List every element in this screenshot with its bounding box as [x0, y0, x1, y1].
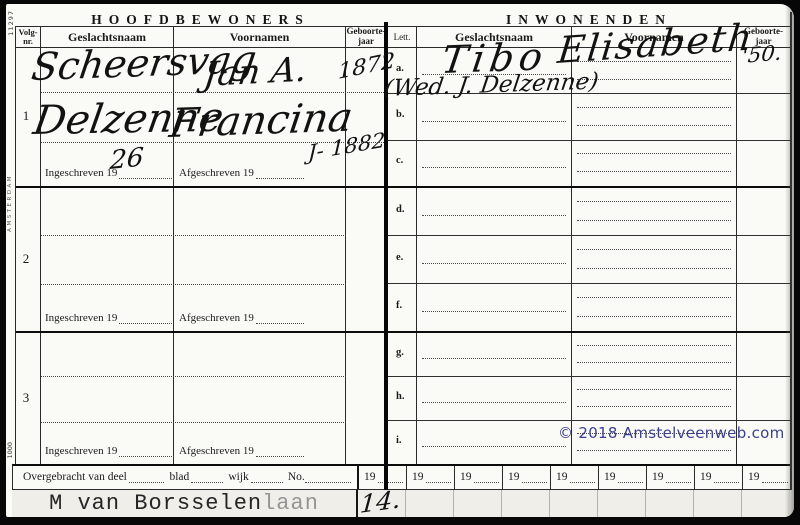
write-line: [422, 121, 566, 122]
registered-text: Ingeschreven 19: [45, 312, 117, 324]
row-number: 2: [16, 251, 36, 267]
form-number-mark: 11297: [7, 10, 15, 36]
surname-cell: [417, 236, 572, 283]
handwriting-house-number: 14.: [359, 487, 401, 517]
dotted-leader: [666, 480, 692, 483]
street-grid-cell: [454, 490, 502, 517]
dotted-leader: [119, 454, 174, 457]
write-line: [422, 402, 566, 403]
dotted-leader: [119, 321, 174, 324]
row-group: d. e. f.: [388, 186, 790, 331]
write-line: [577, 389, 731, 390]
year-prefix: 19: [748, 471, 760, 483]
dotted-leader: [256, 321, 304, 324]
street-grid-cell: [598, 490, 646, 517]
row-letter: h.: [396, 391, 404, 402]
table-row-f: f.: [388, 283, 790, 331]
year-prefix: 19: [700, 471, 712, 483]
lett-header: Lett.: [388, 27, 417, 47]
row-letter: c.: [396, 155, 403, 166]
registered-text: Ingeschreven 19: [45, 445, 117, 457]
dotted-leader: [618, 480, 644, 483]
table-row: 2 Ingeschreven 19 Afgeschreven 19: [16, 186, 386, 331]
street-name-plate: M van Borsselenlaan: [12, 490, 358, 517]
dotted-leader: [191, 480, 223, 483]
table-row-h: h.: [388, 376, 790, 420]
write-line: [41, 284, 346, 285]
handwriting-inwonende-birthyear: '50.: [741, 43, 782, 67]
surname-cell: [417, 333, 572, 376]
surname-cell: [417, 421, 572, 464]
row-number: 3: [16, 390, 36, 406]
write-line: [577, 316, 731, 317]
dotted-leader: [378, 480, 404, 483]
letter-cell: i.: [388, 421, 417, 464]
write-line: [422, 167, 566, 168]
birthyear-cell: [737, 141, 790, 186]
year-cell: 19: [743, 466, 791, 489]
surname-cell: [417, 377, 572, 420]
dotted-leader: [714, 480, 740, 483]
write-line: [577, 201, 731, 202]
year-prefix: 19: [508, 471, 520, 483]
table-row-e: e.: [388, 235, 790, 283]
street-grid-cell: [742, 490, 790, 517]
year-prefix: 19: [364, 471, 376, 483]
firstnames-cell: [572, 333, 737, 376]
firstnames-cell: [572, 284, 737, 331]
surname-cell: [417, 141, 572, 186]
street-grid-cell: [694, 490, 742, 517]
surname-cell: [417, 94, 572, 139]
registered-label: Ingeschreven 19: [45, 312, 174, 324]
table-row-c: c.: [388, 140, 790, 186]
write-line: [422, 446, 566, 447]
birthyear-cell: [737, 188, 790, 235]
firstnames-cell: [572, 236, 737, 283]
birthyear-cell: [737, 94, 790, 139]
dotted-leader: [474, 480, 500, 483]
write-line: [577, 406, 731, 407]
write-line: [577, 450, 731, 451]
year-cell: 19: [455, 466, 503, 489]
write-line: [422, 263, 566, 264]
write-line: [577, 297, 731, 298]
write-line: [577, 153, 731, 154]
surname-cell: [41, 188, 174, 331]
birthyear-cell: [346, 333, 386, 464]
year-prefix: 19: [412, 471, 424, 483]
letter-cell: g.: [388, 333, 417, 376]
table-row-g: g.: [388, 333, 790, 376]
row-letter: i.: [396, 435, 402, 446]
birthyear-header-line2: jaar: [358, 37, 374, 47]
row-letter: a.: [396, 63, 404, 74]
row-letter: b.: [396, 109, 404, 120]
letter-cell: h.: [388, 377, 417, 420]
street-grid-cell: [406, 490, 454, 517]
birthyear-cell: [737, 377, 790, 420]
year-cell: 19: [695, 466, 743, 489]
write-line: [41, 376, 346, 377]
scan-edge-shadow: [785, 4, 794, 517]
dotted-leader: [129, 480, 165, 483]
year-cell: 19: [551, 466, 599, 489]
firstnames-cell: [572, 141, 737, 186]
year-cell: 19: [503, 466, 551, 489]
year-prefix: 19: [460, 471, 472, 483]
write-line: [577, 107, 731, 108]
year-prefix: 19: [652, 471, 664, 483]
year-prefix: 19: [556, 471, 568, 483]
row-letter: f.: [396, 300, 402, 311]
write-line: [577, 249, 731, 250]
firstnames-cell: [174, 188, 346, 331]
handwriting-firstnames-1: Jan A.: [202, 53, 309, 92]
dotted-leader: [570, 480, 596, 483]
write-line: [422, 358, 566, 359]
dotted-leader: [256, 454, 304, 457]
volgnr-cell: 3: [16, 333, 41, 464]
scanned-register-page: 11297 AMSTERDAM 1000 HOOFDBEWONERS INWON…: [0, 0, 800, 525]
birthyear-cell: [737, 284, 790, 331]
year-cell: 19: [599, 466, 647, 489]
dotted-leader: [522, 480, 548, 483]
row-letter: e.: [396, 252, 403, 263]
letter-cell: e.: [388, 236, 417, 283]
write-line: [577, 171, 731, 172]
write-line: [422, 311, 566, 312]
dotted-leader: [305, 480, 351, 483]
row-letter: g.: [396, 347, 404, 358]
year-prefix: 19: [604, 471, 616, 483]
table-row-d: d.: [388, 188, 790, 235]
write-line: [577, 79, 731, 80]
table-row: 3 Ingeschreven 19 Afgeschreven 19: [16, 331, 386, 464]
row-group: g. h. i.: [388, 331, 790, 464]
deregistered-text: Afgeschreven 19: [179, 167, 254, 179]
dotted-leader: [426, 480, 452, 483]
transfer-label-no: No.: [288, 471, 305, 483]
write-line: [577, 125, 731, 126]
write-line: [577, 220, 731, 221]
paper-sheet: 11297 AMSTERDAM 1000 HOOFDBEWONERS INWON…: [6, 4, 794, 517]
deregistered-label: Afgeschreven 19: [179, 312, 304, 324]
registered-text: Ingeschreven 19: [45, 167, 117, 179]
street-suffix: laan: [262, 491, 319, 516]
street-grid-cell: [646, 490, 694, 517]
write-line: [577, 268, 731, 269]
street-name: M van Borsselen: [49, 491, 262, 516]
registered-label: Ingeschreven 19: [45, 445, 174, 457]
surname-cell: [417, 284, 572, 331]
letter-cell: f.: [388, 284, 417, 331]
deregistered-label: Afgeschreven 19: [179, 167, 304, 179]
deregistered-text: Afgeschreven 19: [179, 445, 254, 457]
year-cell: 19: [407, 466, 455, 489]
firstnames-cell: [572, 94, 737, 139]
birthyear-cell: [737, 333, 790, 376]
print-run-mark: 1000: [6, 442, 14, 459]
copyright-watermark: © 2018 Amstelveenweb.com: [558, 424, 785, 442]
birthyear-header: Geboorte- jaar: [346, 27, 386, 47]
write-line: [422, 215, 566, 216]
transfer-label-blad: blad: [169, 471, 189, 483]
firstnames-cell: [572, 377, 737, 420]
write-line: [41, 235, 346, 236]
dotted-leader: [762, 480, 788, 483]
volgnr-cell: 2: [16, 188, 41, 331]
printer-imprint-mark: AMSTERDAM: [7, 174, 13, 232]
inwonenden-table: a. b. c.: [388, 48, 790, 464]
write-line: [41, 422, 346, 423]
letter-cell: d.: [388, 188, 417, 235]
street-grid-cell: [502, 490, 550, 517]
transfer-cell: Overgebracht van deel blad wijk No.: [13, 466, 359, 489]
write-line: [577, 362, 731, 363]
birthyear-cell: [737, 236, 790, 283]
row-letter: d.: [396, 204, 404, 215]
handwriting-registered-year: 26: [109, 145, 144, 174]
dotted-leader: [251, 480, 283, 483]
surname-cell: [417, 188, 572, 235]
letter-cell: c.: [388, 141, 417, 186]
volgnr-header-line2: nr.: [23, 37, 33, 46]
table-row-b: b.: [388, 93, 790, 139]
street-grid-cell: [550, 490, 598, 517]
dotted-leader: [119, 176, 174, 179]
deregistered-text: Afgeschreven 19: [179, 312, 254, 324]
deregistered-label: Afgeschreven 19: [179, 445, 304, 457]
transfer-label-wijk: wijk: [228, 471, 248, 483]
firstnames-cell: [572, 188, 737, 235]
street-strip: M van Borsselenlaan: [12, 490, 790, 517]
transfer-label-deel: Overgebracht van deel: [23, 471, 127, 483]
birthyear-cell: [346, 188, 386, 331]
dotted-leader: [256, 176, 304, 179]
write-line: [577, 345, 731, 346]
year-cell: 19: [647, 466, 695, 489]
